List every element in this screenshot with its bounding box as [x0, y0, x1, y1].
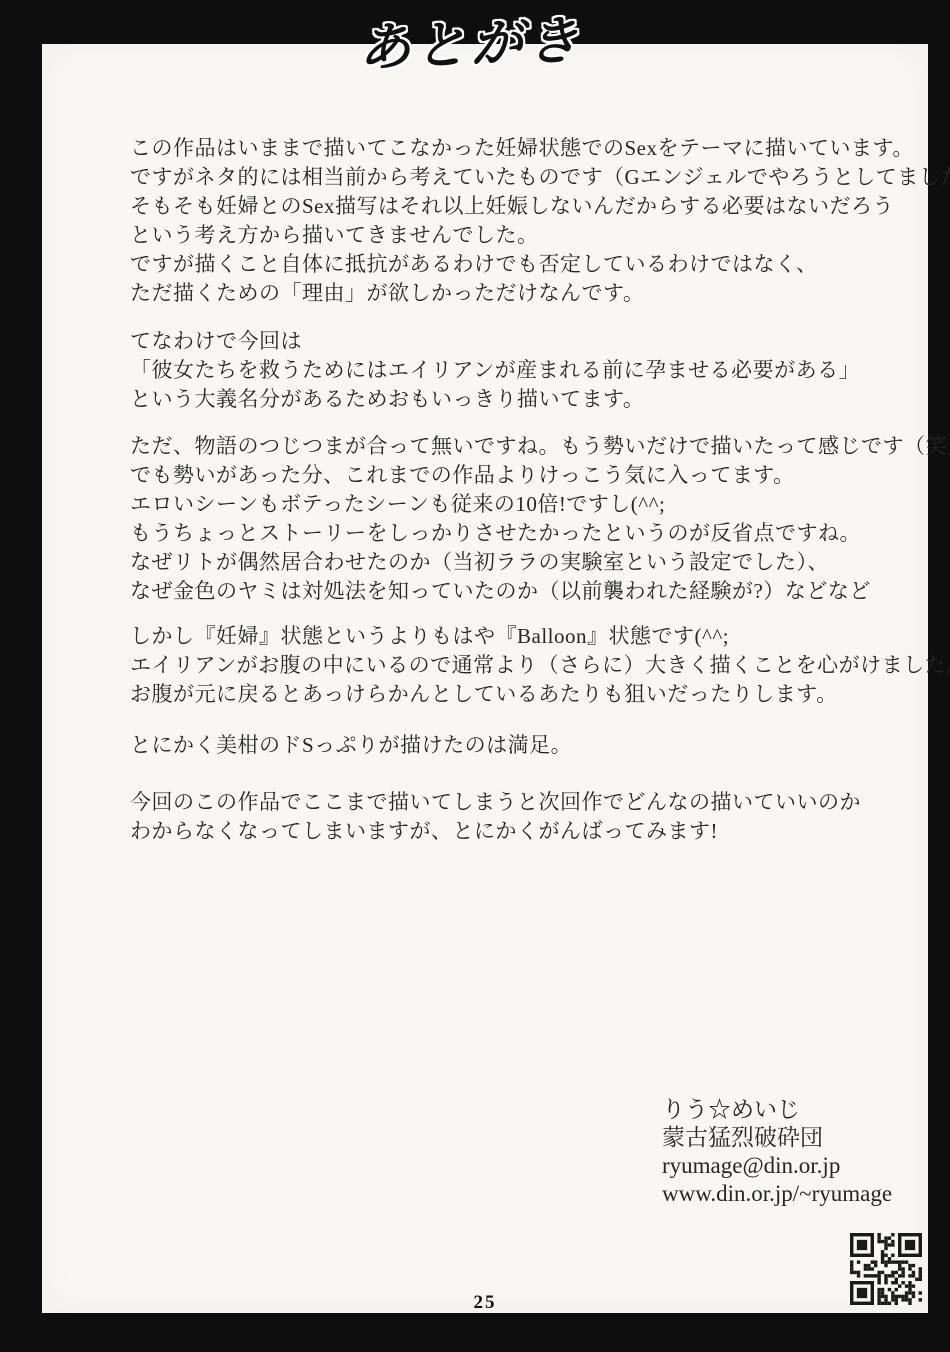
- text-line: しかし『妊婦』状態というよりもはや『Balloon』状態です(^^;: [130, 622, 950, 651]
- text-line: 今回のこの作品でここまで描いてしまうと次回作でどんなの描いていいのか: [130, 788, 861, 817]
- paper-page: この作品はいままで描いてこなかった妊婦状態でのSexをテーマに描いています。 で…: [42, 44, 928, 1313]
- text-line: とにかく美柑のドSっぷりが描けたのは満足。: [130, 731, 572, 760]
- paragraph-closing: 今回のこの作品でここまで描いてしまうと次回作でどんなの描いていいのか わからなく…: [130, 788, 861, 846]
- circle-name: 蒙古猛烈破砕団: [662, 1124, 892, 1152]
- paragraph-reflection: ただ、物語のつじつまが合って無いですね。もう勢いだけで描いたって感じです（笑） …: [130, 432, 950, 606]
- text-line: ですがネタ的には相当前から考えていたものです（Gエンジェルでやろうとしてました）: [130, 163, 950, 192]
- text-line: エイリアンがお腹の中にいるので通常より（さらに）大きく描くことを心がけました。: [130, 651, 950, 680]
- paragraph-satisfaction: とにかく美柑のドSっぷりが描けたのは満足。: [130, 731, 572, 760]
- text-line: お腹が元に戻るとあっけらかんとしているあたりも狙いだったりします。: [130, 680, 950, 709]
- credits-block: りう☆めいじ 蒙古猛烈破砕団 ryumage@din.or.jp www.din…: [662, 1096, 892, 1208]
- text-line: そもそも妊婦とのSex描写はそれ以上妊娠しないんだからする必要はないだろう: [130, 192, 950, 221]
- paragraph-balloon: しかし『妊婦』状態というよりもはや『Balloon』状態です(^^; エイリアン…: [130, 622, 950, 709]
- text-line: という考え方から描いてきませんでした。: [130, 221, 950, 250]
- text-line: ただ、物語のつじつまが合って無いですね。もう勢いだけで描いたって感じです（笑）: [130, 432, 950, 461]
- text-line: ですが描くこと自体に抵抗があるわけでも否定しているわけではなく、: [130, 250, 950, 279]
- page-title: あとがき: [357, 0, 583, 81]
- text-line: でも勢いがあった分、これまでの作品よりけっこう気に入ってます。: [130, 461, 950, 490]
- text-line: なぜリトが偶然居合わせたのか（当初ララの実験室という設定でした）、: [130, 548, 950, 577]
- text-line: 「彼女たちを救うためにはエイリアンが産まれる前に孕ませる必要がある」: [130, 356, 860, 385]
- website-url: www.din.or.jp/~ryumage: [662, 1180, 892, 1208]
- text-line: この作品はいままで描いてこなかった妊婦状態でのSexをテーマに描いています。: [130, 134, 950, 163]
- page-number: 25: [42, 1292, 928, 1314]
- text-line: という大義名分があるためおもいっきり描いてます。: [130, 385, 860, 414]
- email-address: ryumage@din.or.jp: [662, 1152, 892, 1180]
- text-line: エロいシーンもボテったシーンも従来の10倍!ですし(^^;: [130, 490, 950, 519]
- text-line: もうちょっとストーリーをしっかりさせたかったというのが反省点ですね。: [130, 519, 950, 548]
- artist-name: りう☆めいじ: [662, 1096, 892, 1124]
- text-line: なぜ金色のヤミは対処法を知っていたのか（以前襲われた経験が?）などなど: [130, 577, 950, 606]
- text-line: てなわけで今回は: [130, 327, 860, 356]
- text-line: わからなくなってしまいますが、とにかくがんばってみます!: [130, 817, 861, 846]
- text-line: ただ描くための「理由」が欲しかっただけなんです。: [130, 279, 950, 308]
- page-border: あとがき この作品はいままで描いてこなかった妊婦状態でのSexをテーマに描いてい…: [0, 0, 950, 1352]
- paragraph-intro: この作品はいままで描いてこなかった妊婦状態でのSexをテーマに描いています。 で…: [130, 134, 950, 308]
- paragraph-premise: てなわけで今回は 「彼女たちを救うためにはエイリアンが産まれる前に孕ませる必要が…: [130, 327, 860, 414]
